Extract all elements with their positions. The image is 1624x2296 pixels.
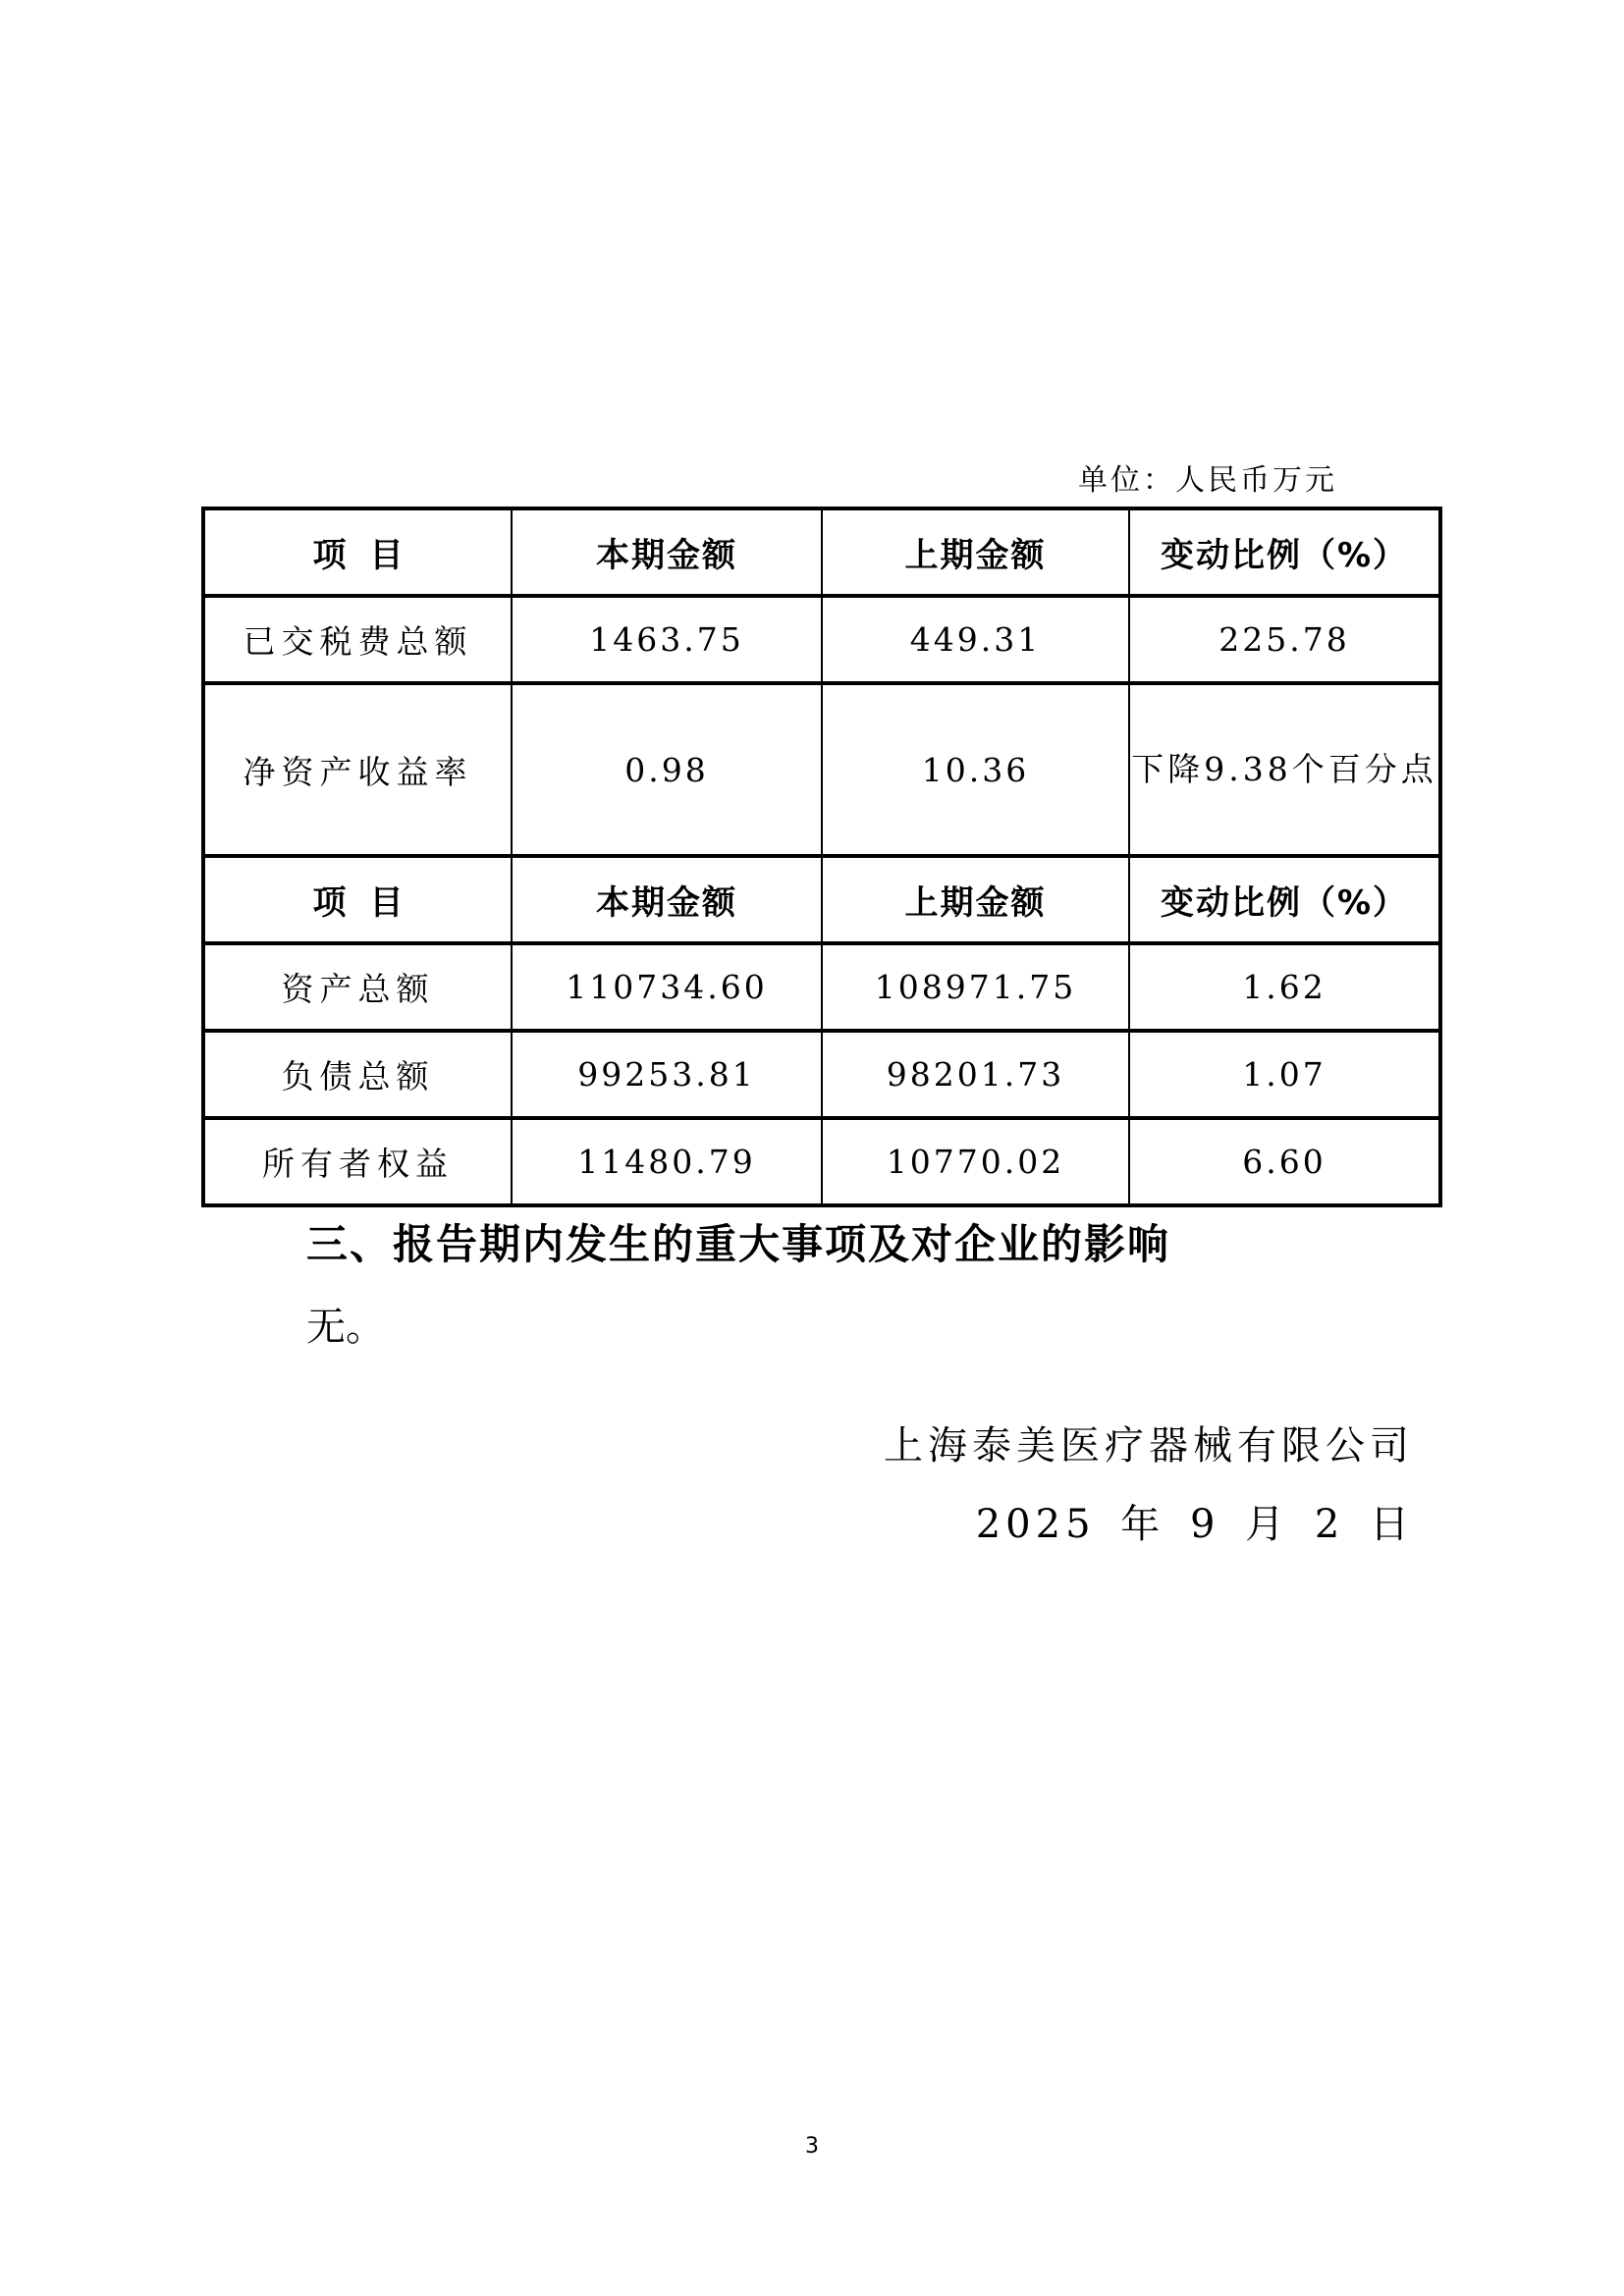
section-body: 无。: [306, 1301, 385, 1354]
row-change: 1.07: [1129, 1031, 1440, 1118]
table-row: 已交税费总额 1463.75 449.31 225.78: [203, 596, 1440, 683]
table-row: 资产总额 110734.60 108971.75 1.62: [203, 943, 1440, 1031]
row-previous: 449.31: [822, 596, 1129, 683]
company-signature: 上海泰美医疗器械有限公司: [884, 1418, 1414, 1473]
row-item: 资产总额: [203, 943, 512, 1031]
row-change: 6.60: [1129, 1118, 1440, 1205]
header-change: 变动比例（%）: [1129, 508, 1440, 596]
table-row: 负债总额 99253.81 98201.73 1.07: [203, 1031, 1440, 1118]
row-previous: 10.36: [822, 683, 1129, 856]
unit-label: 单位：人民币万元: [1078, 461, 1337, 501]
row-current: 11480.79: [512, 1118, 822, 1205]
row-current: 99253.81: [512, 1031, 822, 1118]
row-current: 0.98: [512, 683, 822, 856]
row-item: 负债总额: [203, 1031, 512, 1118]
row-previous: 10770.02: [822, 1118, 1129, 1205]
table-row: 所有者权益 11480.79 10770.02 6.60: [203, 1118, 1440, 1205]
row-item: 净资产收益率: [203, 683, 512, 856]
financial-table: 项目 本期金额 上期金额 变动比例（%） 已交税费总额 1463.75 449.…: [201, 507, 1442, 1207]
row-change: 1.62: [1129, 943, 1440, 1031]
header-current: 本期金额: [512, 856, 822, 943]
header-current: 本期金额: [512, 508, 822, 596]
table-header-row: 项目 本期金额 上期金额 变动比例（%）: [203, 856, 1440, 943]
table-header-row: 项目 本期金额 上期金额 变动比例（%）: [203, 508, 1440, 596]
row-current: 1463.75: [512, 596, 822, 683]
header-item: 项目: [203, 508, 512, 596]
row-change: 225.78: [1129, 596, 1440, 683]
header-previous: 上期金额: [822, 508, 1129, 596]
row-current: 110734.60: [512, 943, 822, 1031]
table-row: 净资产收益率 0.98 10.36 下降9.38个百分点: [203, 683, 1440, 856]
row-previous: 108971.75: [822, 943, 1129, 1031]
section-heading: 三、报告期内发生的重大事项及对企业的影响: [306, 1217, 1170, 1272]
row-previous: 98201.73: [822, 1031, 1129, 1118]
signature-date: 2025 年 9 月 2 日: [976, 1497, 1414, 1552]
page-number: 3: [0, 2132, 1624, 2162]
row-item: 所有者权益: [203, 1118, 512, 1205]
row-item: 已交税费总额: [203, 596, 512, 683]
row-change: 下降9.38个百分点: [1129, 683, 1440, 856]
header-previous: 上期金额: [822, 856, 1129, 943]
header-change: 变动比例（%）: [1129, 856, 1440, 943]
header-item: 项目: [203, 856, 512, 943]
